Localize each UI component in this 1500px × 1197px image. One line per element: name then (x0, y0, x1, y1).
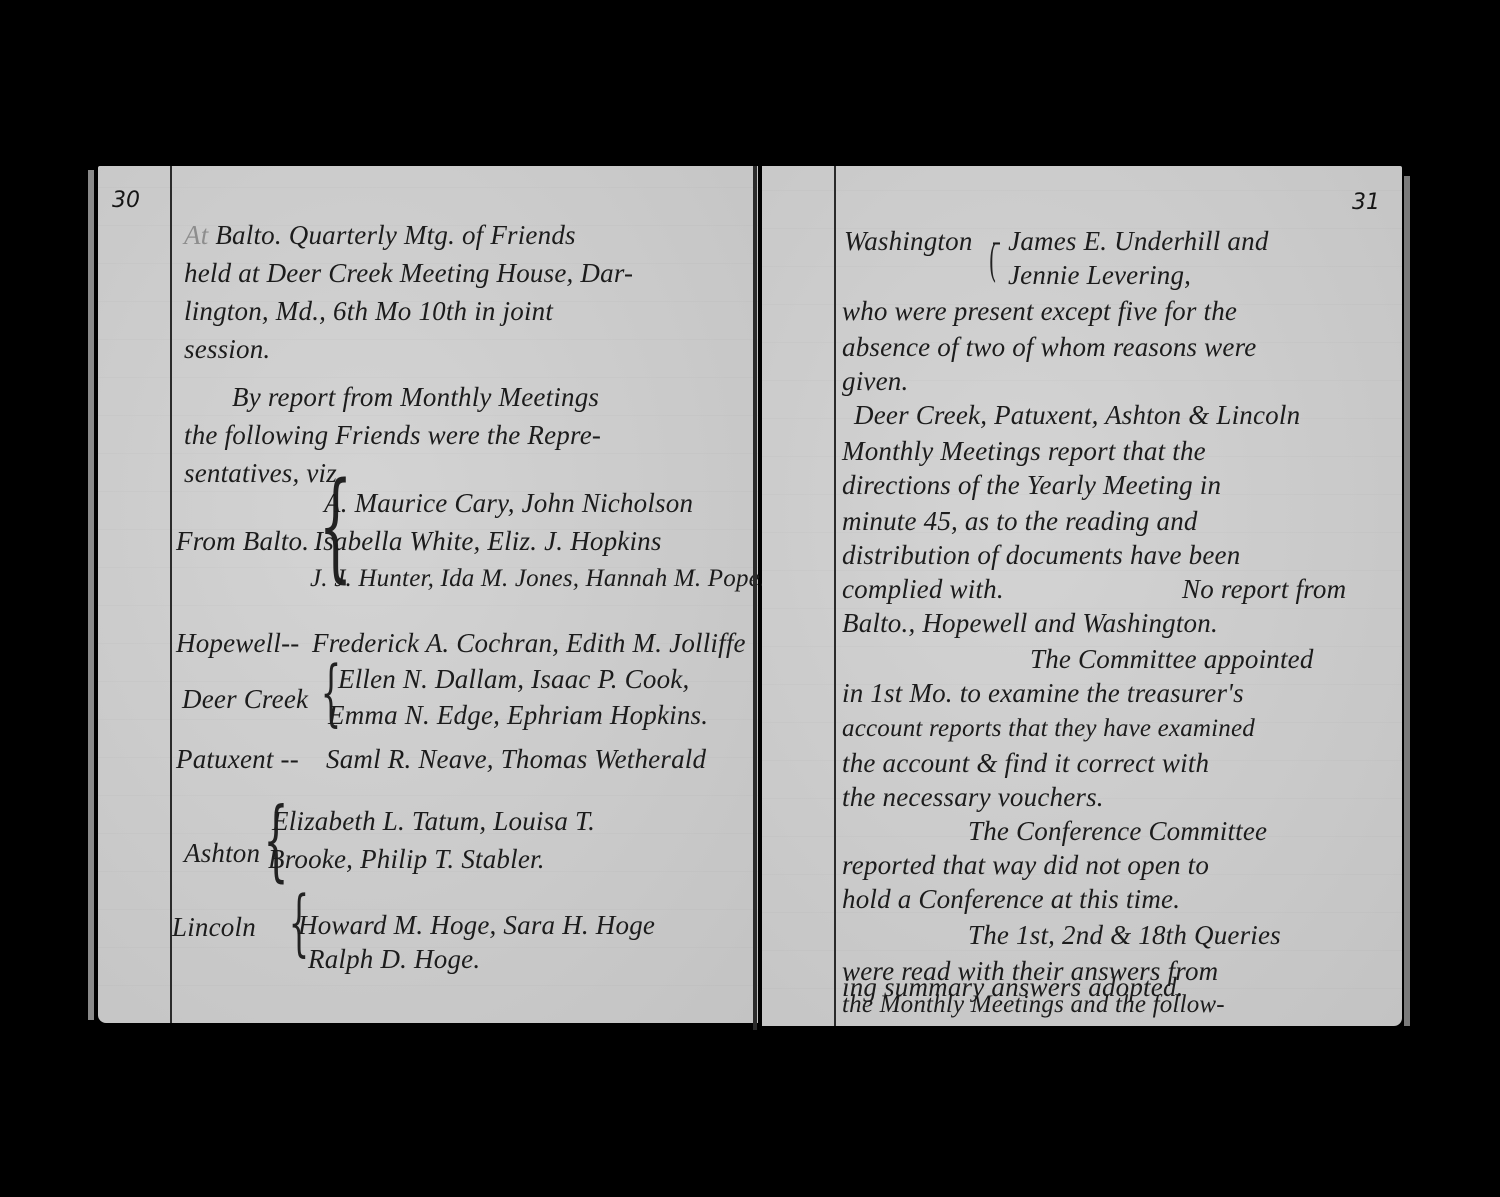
meeting-label-ashton: Ashton (184, 834, 260, 872)
rep-names: Ralph D. Hoge. (308, 940, 480, 978)
body-line: minute 45, as to the reading and (842, 502, 1198, 540)
body-line: who were present except five for the (842, 292, 1237, 330)
rep-names: Howard M. Hoge, Sara H. Hoge (298, 906, 655, 944)
body-line: session. (184, 330, 270, 368)
rep-names: Jennie Levering, (1008, 256, 1191, 294)
body-line: By report from Monthly Meetings (232, 378, 599, 416)
body-line: reported that way did not open to (842, 846, 1209, 884)
body-line: complied with. (842, 570, 1004, 608)
meeting-label-hopewell: Hopewell-- (176, 624, 299, 662)
body-line: distribution of documents have been (842, 536, 1240, 574)
body-line: directions of the Yearly Meeting in (842, 466, 1221, 504)
rep-names: A. Maurice Cary, John Nicholson (324, 484, 693, 522)
left-book-edge (88, 170, 94, 1020)
rep-names: Emma N. Edge, Ephriam Hopkins. (328, 696, 708, 734)
rep-names: Ellen N. Dallam, Isaac P. Cook, (338, 660, 689, 698)
body-line: lington, Md., 6th Mo 10th in joint (184, 292, 553, 330)
left-margin-rule (170, 166, 172, 1023)
rep-names: Elizabeth L. Tatum, Louisa T. (272, 802, 595, 840)
rep-names: J. J. Hunter, Ida M. Jones, Hannah M. Po… (310, 560, 766, 598)
right-page: 31 Washington - James E. Underhill and (… (762, 166, 1402, 1026)
body-line: The Committee appointed (1030, 640, 1314, 678)
body-line: given. (842, 362, 908, 400)
heading-line-1: At Balto. Quarterly Mtg. of Friends (184, 216, 576, 254)
meeting-label-washington: Washington (844, 222, 973, 260)
faded-heading-word: At (184, 220, 208, 250)
body-line: Balto., Hopewell and Washington. (842, 604, 1218, 642)
body-line: The Conference Committee (968, 812, 1267, 850)
body-line: account reports that they have examined (842, 710, 1255, 748)
right-book-edge (1404, 176, 1410, 1026)
rep-names: Isabella White, Eliz. J. Hopkins (314, 522, 662, 560)
rep-names: - James E. Underhill and (992, 222, 1269, 260)
meeting-label-deer-creek: Deer Creek (182, 680, 308, 718)
meeting-label-balto: From Balto. (176, 522, 309, 560)
body-line: The 1st, 2nd & 18th Queries (968, 916, 1281, 954)
body-line: the necessary vouchers. (842, 778, 1104, 816)
meeting-label-lincoln: Lincoln (172, 908, 256, 946)
brace-icon: ( (989, 240, 997, 284)
body-line: No report from (1182, 570, 1346, 608)
body-line: absence of two of whom reasons were (842, 328, 1256, 366)
body-line: the following Friends were the Repre- (184, 416, 601, 454)
body-line: Monthly Meetings report that the (842, 432, 1206, 470)
rep-names: Saml R. Neave, Thomas Wetherald (326, 740, 706, 778)
body-line: the account & find it correct with (842, 744, 1209, 782)
meeting-label-patuxent: Patuxent -- (176, 740, 299, 778)
rep-names: Frederick A. Cochran, Edith M. Jolliffe (312, 624, 746, 662)
body-line: held at Deer Creek Meeting House, Dar- (184, 254, 633, 292)
rep-names: Brooke, Philip T. Stabler. (268, 840, 545, 878)
page-number-right: 31 (1352, 190, 1380, 215)
body-line-last: ing summary answers adopted. (842, 968, 1184, 1006)
body-line: hold a Conference at this time. (842, 880, 1180, 918)
book-spine (753, 166, 757, 1030)
left-page: 30 At Balto. Quarterly Mtg. of Friends h… (98, 166, 758, 1023)
body-line: in 1st Mo. to examine the treasurer's (842, 674, 1244, 712)
body-line: Deer Creek, Patuxent, Ashton & Lincoln (854, 396, 1300, 434)
page-number-left: 30 (112, 188, 140, 213)
right-margin-rule (834, 166, 836, 1026)
